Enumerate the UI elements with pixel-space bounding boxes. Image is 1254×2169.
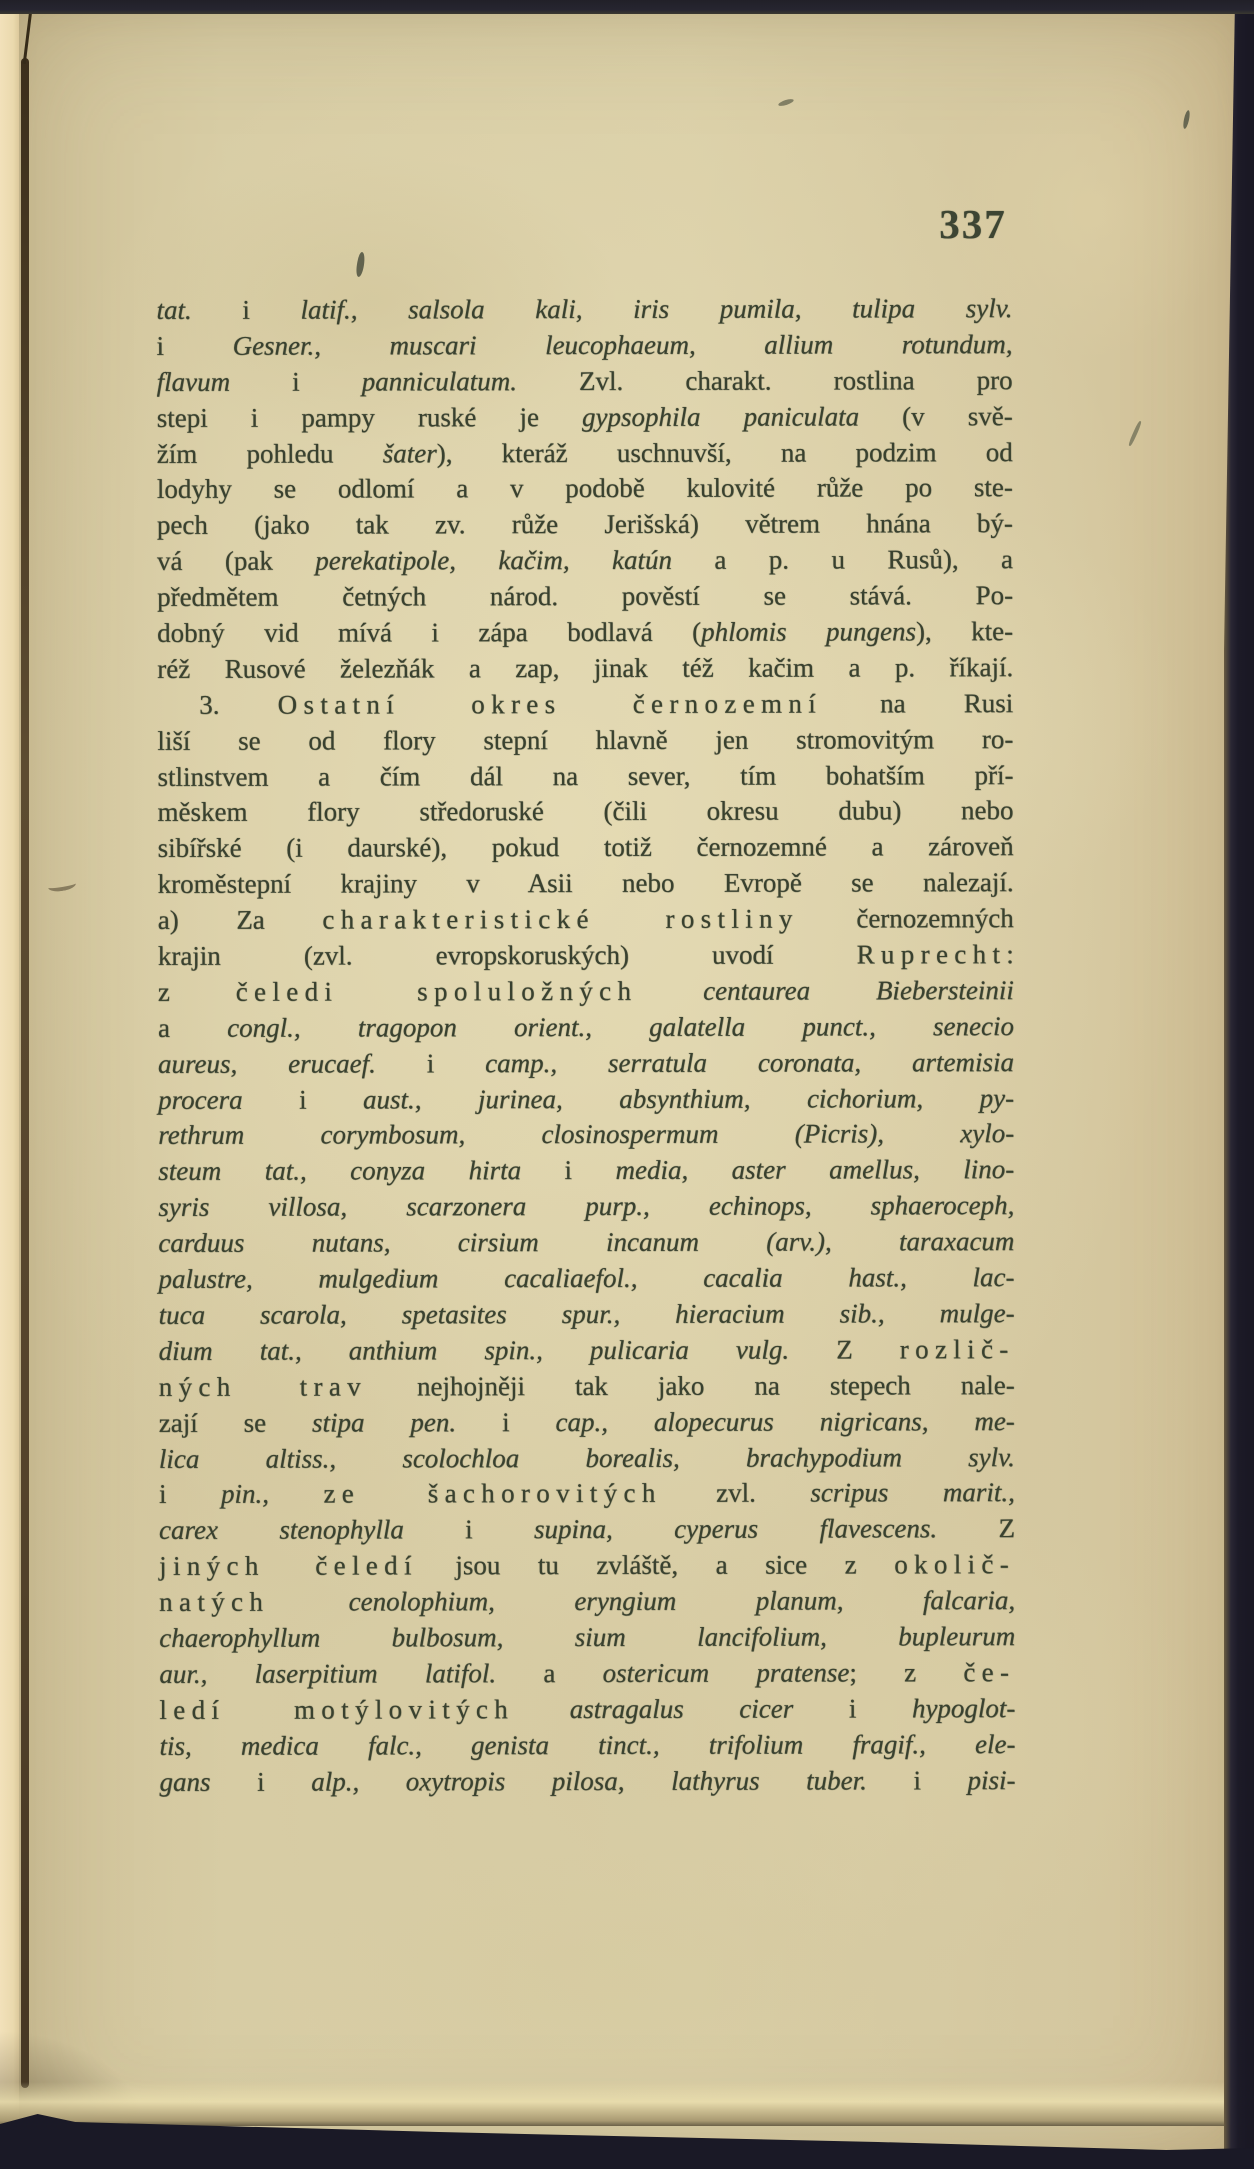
text-line: pech (jako tak zv. růže Jerišská) větrem… [157, 506, 1013, 544]
text-segment: předmětem četných národ. pověstí se stáv… [157, 580, 1013, 612]
text-segment: (v svě- [859, 401, 1013, 431]
text-segment: rethrum corymbosum, closinospermum (Picr… [158, 1119, 1014, 1151]
text-segment: kroměstepní krajiny v Asii nebo Evropě s… [158, 867, 1014, 899]
text-segment: procera [158, 1084, 243, 1114]
text-segment: chaerophyllum bulbosum, sium lancifolium… [159, 1621, 1015, 1653]
page-number: 337 [928, 200, 1018, 248]
text-segment: černozemných [799, 903, 1014, 933]
text-segment [269, 1479, 324, 1509]
text-segment: supina, cyperus flavescens. [534, 1514, 937, 1545]
text-segment: jsou tu zvláště, a sice z [418, 1550, 894, 1581]
text-line: dobný vid mívá i zápa bodlavá (phlomis p… [157, 614, 1013, 652]
text-segment: pin., [221, 1479, 269, 1509]
text-block: tat. i latif., salsola kali, iris pumila… [156, 291, 1015, 1800]
text-segment: i [376, 1048, 485, 1078]
text-segment: aureus, erucaef. [158, 1048, 376, 1078]
text-segment: stlinstvem a čím dál na sever, tím bohat… [157, 760, 1013, 792]
text-line: palustre, mulgedium cacaliaefol., cacali… [158, 1260, 1014, 1298]
text-segment: i [157, 331, 233, 361]
text-line: tuca scarola, spetasites spur., hieraciu… [159, 1296, 1015, 1334]
text-segment: zvl. [662, 1478, 811, 1508]
text-line: předmětem četných národ. pověstí se stáv… [157, 578, 1013, 616]
text-segment: cap., alopecurus nigricans, me- [555, 1406, 1014, 1437]
text-line: stepi i pampy ruské je gypsophila panicu… [157, 399, 1013, 437]
text-line: dium tat., anthium spin., pulicaria vulg… [159, 1332, 1015, 1370]
text-line: gans i alp., oxytropis pilosa, lathyrus … [160, 1763, 1016, 1801]
text-segment: i [521, 1155, 615, 1185]
text-segment: tat. [156, 295, 191, 325]
text-segment: latif., salsola kali, iris pumila, tulip… [300, 293, 1012, 324]
text-line: vá (pak perekatipole, kačim, katún a p. … [157, 542, 1013, 580]
text-segment: réž Rusové železňák a zap, jinak též kač… [157, 652, 1013, 684]
text-segment: nejhojněji tak jako na stepech nale- [367, 1370, 1015, 1401]
text-line: sibířské (i daurské), pokud totiž černoz… [158, 829, 1014, 867]
text-segment: carex stenophylla [159, 1515, 404, 1546]
text-segment: panniculatum. [362, 366, 517, 396]
text-line: měskem flory středoruské (čili okresu du… [157, 794, 1013, 832]
page-edge-left [0, 0, 19, 2169]
text-segment: rozlič- [900, 1334, 1015, 1364]
text-segment: i [404, 1514, 534, 1544]
text-line: procera i aust., jurinea, absynthium, ci… [158, 1081, 1014, 1119]
text-segment: i [867, 1765, 968, 1795]
text-segment: ), kte- [916, 616, 1013, 646]
text-line: z čeledi spoluložných centaurea Bieberst… [158, 973, 1014, 1011]
text-segment: i [230, 366, 362, 396]
text-segment: cenolophium, eryngium planum, falcaria, [349, 1585, 1016, 1616]
text-segment: ledí motýlovitých [159, 1694, 514, 1725]
text-line: liší se od flory stepní hlavně jen strom… [157, 722, 1013, 760]
text-segment: Gesner., muscari leucophaeum, allium rot… [233, 329, 1013, 361]
text-segment [269, 1587, 349, 1617]
text-line: kroměstepní krajiny v Asii nebo Evropě s… [158, 865, 1014, 903]
text-line: natých cenolophium, eryngium planum, fal… [159, 1583, 1015, 1621]
text-line: lodyhy se odlomí a v podobě kulovité růž… [157, 471, 1013, 509]
text-segment: a p. u Rusů), a [672, 544, 1013, 575]
text-segment: steum tat., conyza hirta [158, 1156, 521, 1187]
text-segment: perekatipole, kačim, katún [315, 545, 672, 576]
text-segment: gypsophila paniculata [582, 401, 859, 432]
text-segment: zají se [159, 1407, 312, 1437]
text-segment: stepi i pampy ruské je [157, 402, 582, 433]
text-segment: gans [160, 1766, 211, 1796]
text-segment: congl., tragopon orient., galatella punc… [227, 1011, 1014, 1043]
text-segment: Z [937, 1513, 1015, 1543]
text-segment: i [793, 1693, 912, 1723]
text-segment: flavum [157, 367, 231, 397]
text-line: tat. i latif., salsola kali, iris pumila… [156, 291, 1012, 329]
text-segment: scripus marit., [810, 1477, 1015, 1507]
text-segment: i [456, 1407, 555, 1437]
text-line: tis, medica falc., genista tinct., trifo… [159, 1727, 1015, 1765]
text-line: i pin., ze šachorovitých zvl. scripus ma… [159, 1475, 1015, 1513]
text-segment: a [496, 1658, 603, 1688]
text-segment: če- [963, 1657, 1015, 1687]
text-segment: lodyhy se odlomí a v podobě kulovité růž… [157, 473, 1013, 505]
text-segment: phlomis pungens [701, 616, 916, 646]
text-segment: aust., jurinea, absynthium, cichorium, p… [363, 1083, 1014, 1114]
text-segment: stipa pen. [312, 1407, 456, 1437]
text-segment: syris villosa, scarzonera purp., echinop… [158, 1190, 1014, 1222]
text-segment: na Rusi [822, 688, 1013, 718]
text-line: krajin (zvl. evropskoruských) uvodí Rupr… [158, 937, 1014, 975]
text-line: ledí motýlovitých astragalus cicer i hyp… [159, 1691, 1015, 1729]
text-segment: šater [383, 438, 437, 468]
text-segment: ; z [849, 1657, 963, 1687]
text-line: a) Za charakteristické rostliny černozem… [158, 901, 1014, 939]
text-segment: alp., oxytropis pilosa, lathyrus tuber. [311, 1765, 867, 1796]
text-segment: měskem flory středoruské (čili okresu du… [157, 796, 1013, 828]
text-line: aur., laserpitium latifol. a ostericum p… [159, 1655, 1015, 1693]
text-segment: : [1006, 939, 1014, 969]
text-line: stlinstvem a čím dál na sever, tím bohat… [157, 758, 1013, 796]
text-segment: tuca scarola, spetasites spur., hieraciu… [159, 1298, 1015, 1330]
text-segment: aur., laserpitium latifol. [159, 1658, 496, 1689]
text-line: chaerophyllum bulbosum, sium lancifolium… [159, 1619, 1015, 1657]
text-segment: vá (pak [157, 546, 315, 576]
text-segment: lica altiss., scolochloa borealis, brach… [159, 1442, 1015, 1474]
book-page-scan: 337 tat. i latif., salsola kali, iris pu… [0, 0, 1254, 2169]
text-line: lica altiss., scolochloa borealis, brach… [159, 1440, 1015, 1478]
text-line: žím pohledu šater), kteráž uschnuvší, na… [157, 435, 1013, 473]
text-segment: Zvl. charakt. rostlina pro [517, 365, 1013, 396]
text-line: zají se stipa pen. i cap., alopecurus ni… [159, 1404, 1015, 1442]
text-segment: carduus nutans, cirsium incanum (arv.), … [158, 1226, 1014, 1258]
text-segment: i [159, 1479, 221, 1509]
paper-mottling [300, 1850, 940, 2110]
text-line: jiných čeledí jsou tu zvláště, a sice z … [159, 1547, 1015, 1585]
text-segment: 3. [199, 689, 277, 719]
text-segment: ostericum pratense [603, 1657, 850, 1688]
text-segment: krajin (zvl. evropskoruských) uvodí [158, 939, 857, 970]
text-segment: ze šachorovitých [323, 1478, 661, 1509]
text-segment: hypoglot- [912, 1693, 1016, 1723]
text-line: réž Rusové železňák a zap, jinak též kač… [157, 650, 1013, 688]
text-segment: palustre, mulgedium cacaliaefol., cacali… [158, 1262, 1014, 1294]
text-segment: ných trav [159, 1371, 367, 1401]
text-segment: natých [159, 1587, 269, 1617]
text-segment: tis, medica falc., genista tinct., trifo… [159, 1729, 1015, 1761]
text-segment: Z [789, 1334, 900, 1364]
text-segment: žím pohledu [157, 438, 383, 468]
text-segment: dobný vid mívá i zápa bodlavá ( [157, 617, 701, 648]
text-line: steum tat., conyza hirta i media, aster … [158, 1152, 1014, 1190]
text-segment: i [192, 295, 301, 325]
text-segment: a [158, 1013, 227, 1043]
text-segment: Ostatní okres černozemní [278, 688, 822, 719]
text-line: carex stenophylla i supina, cyperus flav… [159, 1511, 1015, 1549]
text-line: carduus nutans, cirsium incanum (arv.), … [158, 1224, 1014, 1262]
text-segment: charakteristické rostliny [322, 904, 798, 935]
text-segment: ), kteráž uschnuvší, na podzim od [437, 437, 1013, 468]
text-line: flavum i panniculatum. Zvl. charakt. ros… [157, 363, 1013, 401]
text-segment [514, 1694, 570, 1724]
text-segment: dium tat., anthium spin., pulicaria vulg… [159, 1334, 790, 1365]
text-segment: media, aster amellus, lino- [615, 1154, 1014, 1185]
text-line: ných trav nejhojněji tak jako na stepech… [159, 1368, 1015, 1406]
page-edge-bottom-glow [0, 2082, 1254, 2126]
text-line: syris villosa, scarzonera purp., echinop… [158, 1188, 1014, 1226]
text-segment: z [158, 977, 236, 1007]
text-segment: astragalus cicer [570, 1693, 794, 1723]
text-segment: i [211, 1766, 312, 1796]
text-segment: a) Za [158, 905, 323, 935]
text-segment: pisi- [967, 1765, 1015, 1795]
text-segment: Ruprecht [857, 939, 1007, 969]
text-line: a congl., tragopon orient., galatella pu… [158, 1009, 1014, 1047]
text-line: i Gesner., muscari leucophaeum, allium r… [156, 327, 1012, 365]
text-segment: okolič- [894, 1549, 1015, 1579]
text-segment [637, 976, 703, 1006]
text-segment: liší se od flory stepní hlavně jen strom… [157, 724, 1013, 756]
text-segment: camp., serratula coronata, artemisia [485, 1047, 1014, 1078]
text-segment: centaurea Biebersteinii [703, 975, 1014, 1006]
text-line: rethrum corymbosum, closinospermum (Picr… [158, 1117, 1014, 1155]
text-line: 3. Ostatní okres černozemní na Rusi [157, 686, 1013, 724]
text-segment: sibířské (i daurské), pokud totiž černoz… [158, 831, 1014, 863]
text-line: aureus, erucaef. i camp., serratula coro… [158, 1045, 1014, 1083]
text-segment: pech (jako tak zv. růže Jerišská) větrem… [157, 508, 1013, 540]
binding-crease-line [21, 58, 29, 2088]
text-segment: i [243, 1084, 364, 1114]
scan-edge-top [0, 0, 1254, 14]
text-segment: jiných čeledí [159, 1551, 418, 1582]
text-segment: čeledi spoluložných [236, 976, 638, 1007]
